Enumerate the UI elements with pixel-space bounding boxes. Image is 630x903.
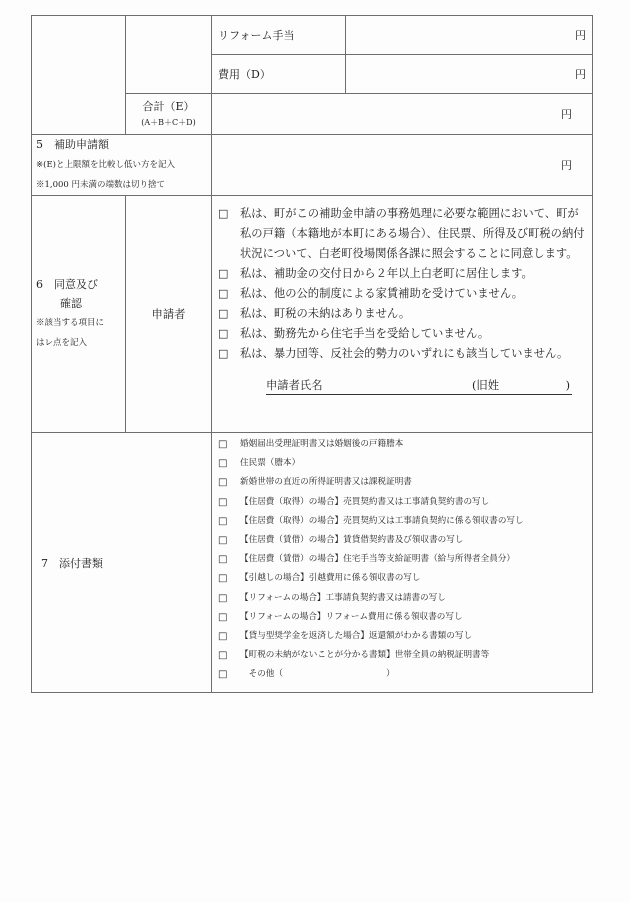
attachment-text: 婚姻届出受理証明書又は婚姻後の戸籍謄本 (240, 435, 403, 454)
attachment-item[interactable]: □【リフォームの場合】工事請負契約書又は請書の写し (218, 589, 586, 608)
cost-d-label: 費用（D） (212, 55, 346, 94)
section5-note: ※(E)と上限額を比較し低い方を記入 (36, 155, 211, 175)
total-e-label: 合計（E） (A＋B＋C＋D) (126, 94, 212, 135)
checkbox-icon[interactable]: □ (218, 204, 240, 264)
consent-item[interactable]: □私は、補助金の交付日から２年以上白老町に居住します。 (218, 264, 586, 284)
checkbox-icon[interactable]: □ (218, 344, 240, 364)
yen-unit: 円 (575, 68, 586, 81)
applicant-name-label: 申請者氏名 (266, 378, 323, 394)
attachment-text: 新婚世帯の直近の所得証明書又は課税証明書 (240, 473, 412, 492)
checkbox-icon[interactable]: □ (218, 569, 240, 588)
section6-title-2: 確認 (36, 295, 125, 313)
total-e-formula: (A＋B＋C＋D) (126, 115, 211, 131)
consent-text: 私は、補助金の交付日から２年以上白老町に居住します。 (240, 264, 586, 284)
checkbox-icon[interactable]: □ (218, 665, 240, 684)
attachment-text: その他（ ） (240, 665, 395, 684)
maiden-name-field[interactable]: (旧姓 ) (472, 378, 572, 394)
attachment-text: 【住居費（賃借）の場合】賃貸借契約書及び領収書の写し (240, 531, 463, 550)
consent-item[interactable]: □私は、勤務先から住宅手当を受給していません。 (218, 324, 586, 344)
checkbox-icon[interactable]: □ (218, 284, 240, 304)
consent-text: 私は、勤務先から住宅手当を受給していません。 (240, 324, 586, 344)
attachment-item[interactable]: □婚姻届出受理証明書又は婚姻後の戸籍謄本 (218, 435, 586, 454)
reform-allowance-label: リフォーム手当 (212, 16, 346, 55)
attachment-text: 【貸与型奨学金を返済した場合】返還額がわかる書類の写し (240, 627, 472, 646)
attachment-item[interactable]: □【住居費（賃借）の場合】賃貸借契約書及び領収書の写し (218, 531, 586, 550)
consent-text: 私は、暴力団等、反社会的勢力のいずれにも該当していません。 (240, 344, 586, 364)
checkbox-icon[interactable]: □ (218, 627, 240, 646)
consent-text: 私は、他の公的制度による家賃補助を受けていません。 (240, 284, 586, 304)
subsidy-application-form: リフォーム手当 円 費用（D） 円 合計（E） (A＋B＋C＋D) 円 5 補助… (31, 15, 593, 693)
attachment-text: 【リフォームの場合】工事請負契約書又は請書の写し (240, 589, 446, 608)
checkbox-icon[interactable]: □ (218, 493, 240, 512)
consent-text: 私は、町税の未納はありません。 (240, 304, 586, 324)
yen-unit: 円 (561, 108, 572, 121)
maiden-name-label: (旧姓 (472, 378, 499, 394)
attachment-text: 【住居費（賃借）の場合】住宅手当等支給証明書（給与所得者全員分） (240, 550, 515, 569)
attachment-text: 住民票（謄本） (240, 454, 300, 473)
checkbox-icon[interactable]: □ (218, 264, 240, 284)
checkbox-icon[interactable]: □ (218, 550, 240, 569)
subsidy-amount-field[interactable]: 円 (212, 135, 593, 196)
attachment-text: 【引越しの場合】引越費用に係る領収書の写し (240, 569, 420, 588)
section6-label: 6 同意及び 確認 ※該当する項目に はレ点を記入 (32, 196, 126, 433)
cost-d-field[interactable]: 円 (346, 55, 593, 94)
attachment-list: □婚姻届出受理証明書又は婚姻後の戸籍謄本 □住民票（謄本） □新婚世帯の直近の所… (212, 433, 593, 693)
attachment-item[interactable]: □住民票（謄本） (218, 454, 586, 473)
attachment-item[interactable]: □【リフォームの場合】リフォーム費用に係る領収書の写し (218, 608, 586, 627)
maiden-name-close: ) (566, 378, 570, 394)
consent-item[interactable]: □私は、暴力団等、反社会的勢力のいずれにも該当していません。 (218, 344, 586, 364)
attachment-item[interactable]: □【町税の未納がないことが分かる書類】世帯全員の納税証明書等 (218, 646, 586, 665)
attachment-text: 【町税の未納がないことが分かる書類】世帯全員の納税証明書等 (240, 646, 489, 665)
attachment-text: 【住居費（取得）の場合】売買契約又は工事請負契約に係る領収書の写し (240, 512, 524, 531)
yen-unit: 円 (575, 29, 586, 42)
attachment-item[interactable]: □新婚世帯の直近の所得証明書又は課税証明書 (218, 473, 586, 492)
section6-note: はレ点を記入 (36, 333, 125, 353)
checkbox-icon[interactable]: □ (218, 512, 240, 531)
section5-title: 5 補助申請額 (36, 135, 211, 155)
consent-item[interactable]: □私は、他の公的制度による家賃補助を受けていません。 (218, 284, 586, 304)
checkbox-icon[interactable]: □ (218, 324, 240, 344)
section6-title: 6 同意及び (36, 275, 125, 295)
consent-item[interactable]: □私は、町がこの補助金申請の事務処理に必要な範囲において、町が私の戸籍（本籍地が… (218, 204, 586, 264)
attachment-text: 【リフォームの場合】リフォーム費用に係る領収書の写し (240, 608, 463, 627)
attachment-item[interactable]: □【住居費（賃借）の場合】住宅手当等支給証明書（給与所得者全員分） (218, 550, 586, 569)
reform-allowance-field[interactable]: 円 (346, 16, 593, 55)
checkbox-icon[interactable]: □ (218, 304, 240, 324)
checkbox-icon[interactable]: □ (218, 589, 240, 608)
attachment-item[interactable]: □ その他（ ） (218, 665, 586, 684)
total-e-title: 合計（E） (126, 98, 211, 115)
section5-note: ※1,000 円未満の端数は切り捨て (36, 175, 211, 195)
checkbox-icon[interactable]: □ (218, 646, 240, 665)
checkbox-icon[interactable]: □ (218, 473, 240, 492)
checkbox-icon[interactable]: □ (218, 531, 240, 550)
attachment-item[interactable]: □【貸与型奨学金を返済した場合】返還額がわかる書類の写し (218, 627, 586, 646)
attachment-text: 【住居費（取得）の場合】売買契約書又は工事請負契約書の写し (240, 493, 489, 512)
blank-cell (32, 16, 126, 135)
attachment-item[interactable]: □【住居費（取得）の場合】売買契約又は工事請負契約に係る領収書の写し (218, 512, 586, 531)
yen-unit: 円 (561, 159, 572, 172)
blank-cell (126, 16, 212, 94)
total-e-field[interactable]: 円 (212, 94, 593, 135)
consent-text: 私は、町がこの補助金申請の事務処理に必要な範囲において、町が私の戸籍（本籍地が本… (240, 204, 586, 264)
consent-list: □私は、町がこの補助金申請の事務処理に必要な範囲において、町が私の戸籍（本籍地が… (212, 196, 593, 433)
attachment-item[interactable]: □【引越しの場合】引越費用に係る領収書の写し (218, 569, 586, 588)
section6-note: ※該当する項目に (36, 313, 125, 333)
section7-label: 7 添付書類 (32, 433, 212, 693)
checkbox-icon[interactable]: □ (218, 608, 240, 627)
section5-label: 5 補助申請額 ※(E)と上限額を比較し低い方を記入 ※1,000 円未満の端数… (32, 135, 212, 196)
checkbox-icon[interactable]: □ (218, 454, 240, 473)
checkbox-icon[interactable]: □ (218, 435, 240, 454)
consent-item[interactable]: □私は、町税の未納はありません。 (218, 304, 586, 324)
applicant-label: 申請者 (126, 196, 212, 433)
attachment-item[interactable]: □【住居費（取得）の場合】売買契約書又は工事請負契約書の写し (218, 493, 586, 512)
applicant-signature-line[interactable]: 申請者氏名 (旧姓 ) (266, 378, 572, 395)
